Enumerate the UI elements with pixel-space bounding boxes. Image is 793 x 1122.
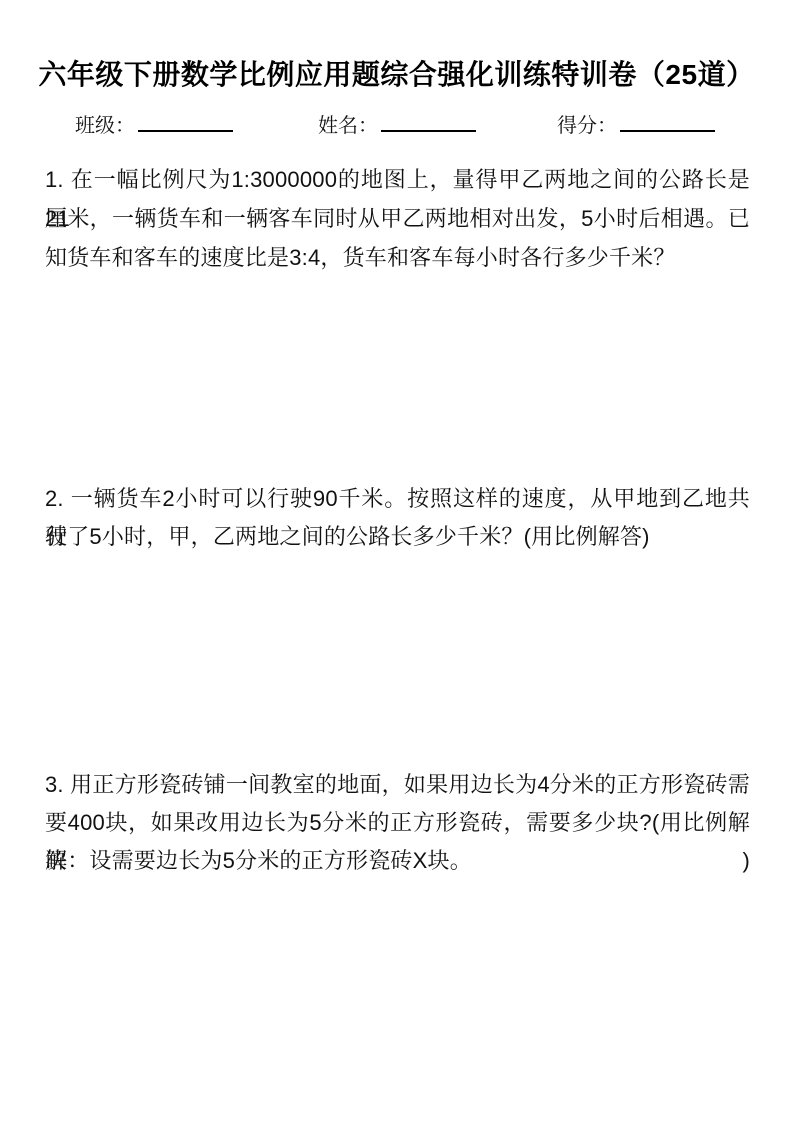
score-label: 得分： [557,115,617,137]
question-2-line-2: 驶了5小时，甲，乙两地之间的公路长多少千米？(用比例解答) [45,518,750,556]
question-3-line-2: 要400块，如果改用边长为5分米的正方形瓷砖，需要多少块?(用比例解决) [45,804,750,842]
score-blank-line [620,114,715,132]
question-1-line-1: 1. 在一幅比例尺为1:3000000的地图上，量得甲乙两地之间的公路长是21 [45,160,750,199]
question-1: 1. 在一幅比例尺为1:3000000的地图上，量得甲乙两地之间的公路长是21 … [45,160,750,277]
question-1-line-3: 知货车和客车的速度比是3:4，货车和客车每小时各行多少千米？ [45,238,750,277]
class-label: 班级： [75,115,135,137]
class-field: 班级： [75,112,233,140]
question-2-line-1: 2. 一辆货车2小时可以行驶90千米。按照这样的速度，从甲地到乙地共行 [45,480,750,518]
name-label: 姓名： [318,115,378,137]
question-2: 2. 一辆货车2小时可以行驶90千米。按照这样的速度，从甲地到乙地共行 驶了5小… [45,480,750,556]
worksheet-page: 六年级下册数学比例应用题综合强化训练特训卷（25道） 班级： 姓名： 得分： 1… [0,0,793,1122]
name-blank-line [381,114,476,132]
header-fields: 班级： 姓名： 得分： [0,112,793,142]
question-1-line-2: 厘米，一辆货车和一辆客车同时从甲乙两地相对出发，5小时后相遇。已 [45,199,750,238]
name-field: 姓名： [318,112,476,140]
question-3: 3. 用正方形瓷砖铺一间教室的地面，如果用边长为4分米的正方形瓷砖需 要400块… [45,766,750,880]
class-blank-line [138,114,233,132]
score-field: 得分： [557,112,715,140]
question-3-line-1: 3. 用正方形瓷砖铺一间教室的地面，如果用边长为4分米的正方形瓷砖需 [45,766,750,804]
page-title: 六年级下册数学比例应用题综合强化训练特训卷（25道） [0,55,793,95]
